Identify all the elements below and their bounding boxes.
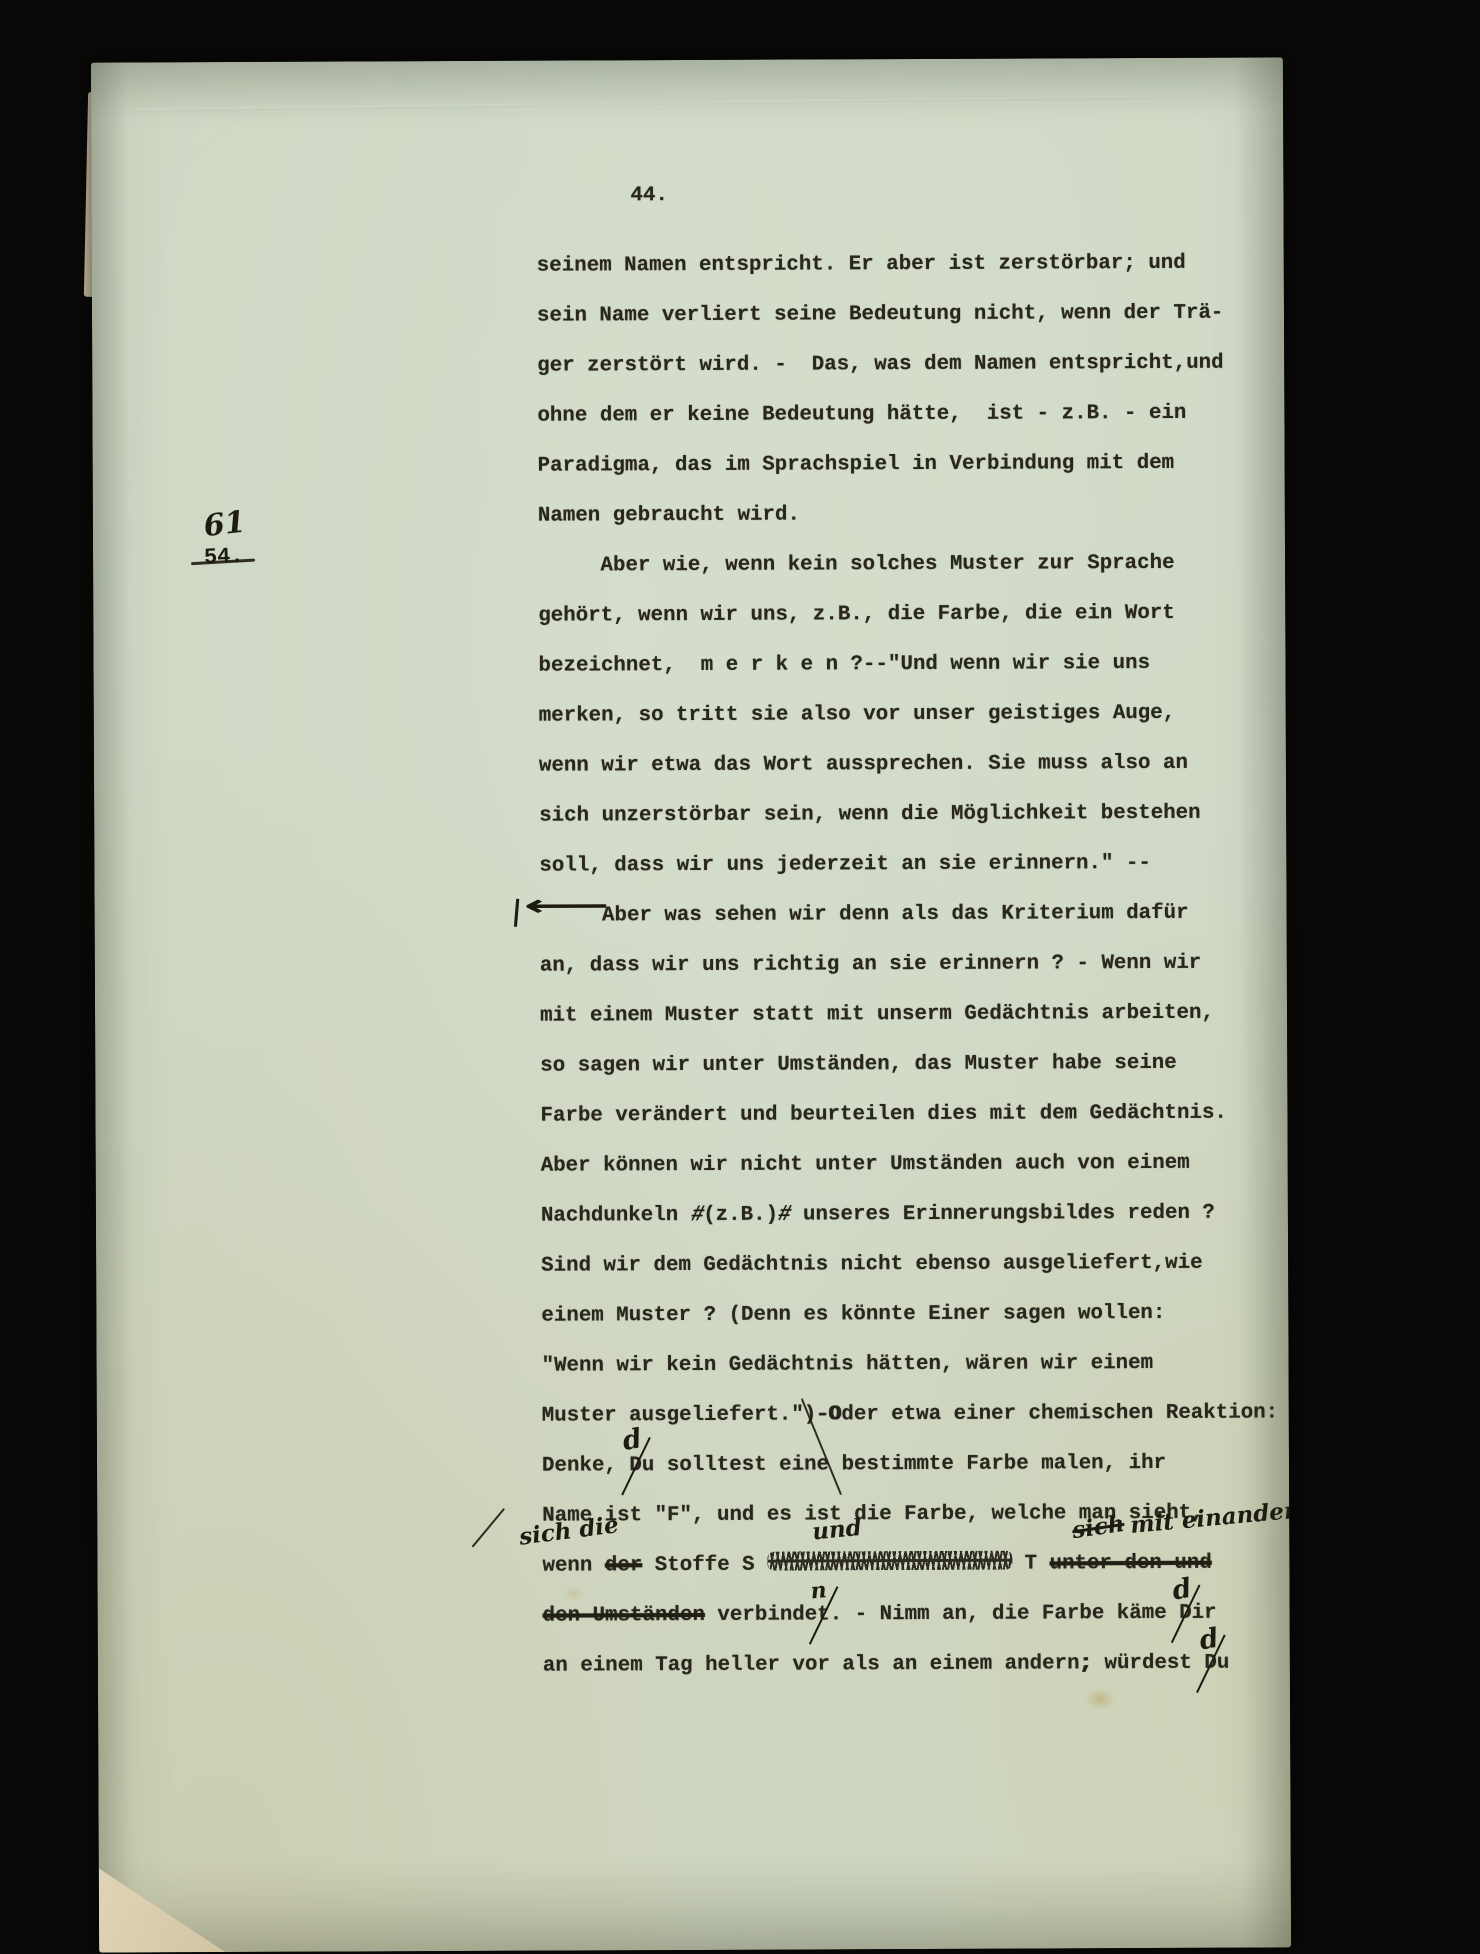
typed-segment: Paradigma, das im Sprachspiel in Verbind… xyxy=(538,452,1175,478)
typed-line-7: Aber wie, wenn kein solches Muster zur S… xyxy=(538,539,1175,592)
typed-line-16: mit einem Muster statt mit unserm Gedäch… xyxy=(540,989,1214,1042)
typed-segment: Namen gebraucht wird. xyxy=(538,504,800,528)
typed-line-8: gehört, wenn wir uns, z.B., die Farbe, d… xyxy=(538,589,1175,642)
typed-line-12: sich unzerstörbar sein, wenn die Möglich… xyxy=(539,789,1201,842)
typed-segment: T xyxy=(1012,1552,1050,1575)
typed-segment: verbinde xyxy=(705,1603,817,1626)
typed-line-28: den Umständen verbindet. - Nimm an, die … xyxy=(543,1589,1217,1642)
typed-line-3: ger zerstört wird. - Das, was dem Namen … xyxy=(537,339,1224,392)
overtyped-scribble xyxy=(767,1551,1012,1571)
typed-line-18: Farbe verändert und beurteilen dies mit … xyxy=(540,1089,1227,1142)
typed-line-24: Muster ausgeliefert.")-Oder etwa einer c… xyxy=(542,1388,1279,1441)
correction-und: und xyxy=(811,1516,862,1543)
typed-segment: ger zerstört wird. - Das, was dem Namen … xyxy=(537,352,1224,378)
typed-segment: ohne dem er keine Bedeutung hätte, ist -… xyxy=(537,402,1186,428)
typed-segment: Muster ausgeliefert.") xyxy=(542,1403,817,1427)
typed-segment: . - Nimm an, die Farbe käme xyxy=(830,1602,1180,1627)
paper-content: 44. seinem Namen entspricht. Er aber ist… xyxy=(91,57,1291,1952)
typed-segment: sich unzerstörbar sein, wenn die Möglich… xyxy=(539,802,1201,828)
typed-segment: Aber was sehen wir denn als das Kriteriu… xyxy=(540,902,1189,928)
correction-n-verbinden: n xyxy=(810,1579,828,1602)
typed-line-6: Namen gebraucht wird. xyxy=(538,491,800,542)
folded-corner xyxy=(99,1838,225,1953)
typed-line-11: wenn wir etwa das Wort aussprechen. Sie … xyxy=(539,739,1188,792)
typed-segment: seinem Namen entspricht. Er aber ist zer… xyxy=(537,252,1186,278)
typed-segment: Denke, xyxy=(542,1454,629,1477)
correction-d-du: d xyxy=(1197,1625,1220,1655)
stroke-sich-swash xyxy=(472,1508,506,1548)
typed-line-20: Nachdunkeln #(z.B.)# unseres Erinnerungs… xyxy=(541,1189,1215,1242)
page-number: 44. xyxy=(630,176,668,216)
typed-segment: Stoffe S xyxy=(642,1554,767,1578)
typed-line-15: an, dass wir uns richtig an sie erinnern… xyxy=(540,939,1202,992)
typed-segment: einem Muster ? (Denn es könnte Einer sag… xyxy=(541,1302,1165,1328)
crease-top xyxy=(136,96,1156,112)
typed-line-23: "Wenn wir kein Gedächtnis hätten, wären … xyxy=(541,1339,1153,1392)
stain-small xyxy=(1085,1688,1115,1710)
correction-sich-struck: sich xyxy=(1071,1512,1126,1542)
typed-segment: Nachdunkeln xyxy=(541,1204,691,1228)
crease-top-left xyxy=(114,96,268,210)
struck-segment: den Umständen xyxy=(543,1604,705,1628)
typed-segment: unseres Erinnerungsbildes reden ? xyxy=(790,1202,1214,1227)
typed-segment: Sind wir dem Gedächtnis nicht ebenso aus… xyxy=(541,1252,1203,1278)
overstruck-segment: ; xyxy=(1079,1652,1092,1675)
typed-line-10: merken, so tritt sie also vor unser geis… xyxy=(539,689,1176,742)
typed-line-29: an einem Tag heller vor als an einem and… xyxy=(543,1639,1230,1692)
struck-segment: der xyxy=(605,1554,643,1577)
insertion-bar: | xyxy=(510,897,523,926)
typed-segment: u xyxy=(1217,1652,1230,1675)
typed-line-1: seinem Namen entspricht. Er aber ist zer… xyxy=(537,239,1186,292)
typed-segment: wenn xyxy=(542,1554,605,1577)
typed-segment: ir xyxy=(1192,1602,1217,1625)
typed-segment: sein Name verliert seine Bedeutung nicht… xyxy=(537,302,1224,328)
typed-segment: an einem Tag heller vor als an einem and… xyxy=(543,1652,1080,1677)
typed-line-4: ohne dem er keine Bedeutung hätte, ist -… xyxy=(537,389,1186,442)
typed-segment: "Wenn wir kein Gedächtnis hätten, wären … xyxy=(542,1352,1154,1378)
typed-line-14: Aber was sehen wir denn als das Kriteriu… xyxy=(540,889,1189,942)
typed-segment: merken, so tritt sie also vor unser geis… xyxy=(539,702,1176,728)
typed-line-13: soll, dass wir uns jederzeit an sie erin… xyxy=(539,839,1151,892)
typed-segment: der etwa einer chemischen Reaktion: xyxy=(841,1401,1278,1426)
typed-segment: gehört, wenn wir uns, z.B., die Farbe, d… xyxy=(538,602,1175,628)
typed-segment: bezeichnet, m e r k e n ?--"Und wenn wir… xyxy=(538,652,1150,678)
typed-segment: wenn wir etwa das Wort aussprechen. Sie … xyxy=(539,752,1188,778)
typed-line-19: Aber können wir nicht unter Umständen au… xyxy=(541,1139,1190,1192)
typed-segment: Farbe verändert und beurteilen dies mit … xyxy=(540,1102,1227,1128)
margin-note-61: 61 xyxy=(202,508,247,542)
typed-segment: würdest xyxy=(1092,1652,1204,1675)
typed-segment: mit einem Muster statt mit unserm Gedäch… xyxy=(540,1002,1214,1028)
insertion-arrow: ⟵ xyxy=(524,891,610,921)
typed-segment: so sagen wir unter Umständen, das Muster… xyxy=(540,1052,1177,1078)
typed-line-2: sein Name verliert seine Bedeutung nicht… xyxy=(537,289,1224,342)
typed-line-9: bezeichnet, m e r k e n ?--"Und wenn wir… xyxy=(538,639,1150,692)
typed-line-17: so sagen wir unter Umständen, das Muster… xyxy=(540,1039,1177,1092)
overstruck-segment: -O xyxy=(816,1403,841,1426)
typed-segment: soll, dass wir uns jederzeit an sie erin… xyxy=(539,852,1151,878)
typed-segment: Aber können wir nicht unter Umständen au… xyxy=(541,1152,1190,1178)
typed-segment: (z.B.) xyxy=(703,1204,778,1227)
typed-segment: an, dass wir uns richtig an sie erinnern… xyxy=(540,952,1202,978)
typed-line-27: wenn der Stoffe S T unter den und xyxy=(542,1539,1212,1592)
typed-line-22: einem Muster ? (Denn es könnte Einer sag… xyxy=(541,1289,1165,1342)
typed-line-21: Sind wir dem Gedächtnis nicht ebenso aus… xyxy=(541,1239,1203,1292)
typed-segment: u solltest eine bestimmte Farbe malen, i… xyxy=(642,1452,1166,1477)
scan-background: 44. seinem Namen entspricht. Er aber ist… xyxy=(0,0,1480,1954)
typed-line-5: Paradigma, das im Sprachspiel in Verbind… xyxy=(538,439,1175,492)
manuscript-page: 44. seinem Namen entspricht. Er aber ist… xyxy=(91,57,1291,1952)
typed-segment: Aber wie, wenn kein solches Muster zur S… xyxy=(538,552,1175,578)
margin-note-54: 54. xyxy=(204,546,244,570)
